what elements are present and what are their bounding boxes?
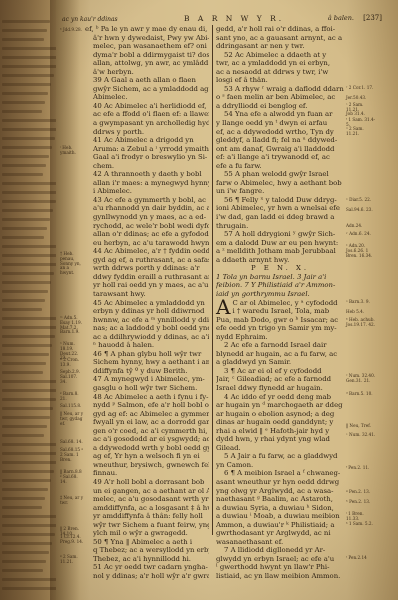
text-line: twr, ac a ymladdodd yn ei erbyn, bbox=[216, 59, 344, 68]
text-line: feibion. 7 Y Philistiaid a'r Ammon- bbox=[216, 281, 344, 290]
text-line: gasglu o holl wŷr twr Sichem. bbox=[85, 384, 209, 393]
text-line: ac efe a ffodd o'i flaen ef: a llawer bbox=[85, 110, 209, 119]
blurred-text-line bbox=[2, 263, 57, 266]
text-line: Aruma: a Zebul a ᶦ yrrodd ymaith bbox=[85, 145, 209, 154]
blurred-text-line bbox=[2, 83, 51, 86]
text-line: ˡ gwerthodd hwynt yn llaw'r Phi- bbox=[216, 563, 344, 572]
marginal-reference: Adn.24. bbox=[346, 224, 376, 229]
text-line: 55 A phan welodd gwŷr Israel bbox=[216, 170, 344, 179]
text-line: gyd ag ef: ac Abimelec a gymmerth bbox=[85, 410, 209, 419]
text-line: nydd ᵖ Salmon, efe a'r holl bobl oedd bbox=[85, 401, 209, 410]
text-line: 47 A mynegwyd i Abimelec, ym- bbox=[85, 375, 209, 384]
marginal-reference: ‖ Neu, Tref. bbox=[346, 424, 376, 429]
text-line: ⁿ hauodd â halen. bbox=[85, 341, 209, 350]
marginal-reference: Jer.50.43. bbox=[346, 96, 376, 101]
blurred-text-line bbox=[2, 38, 44, 41]
blurred-text-line bbox=[2, 533, 55, 536]
text-line: 52 Ac Abimelec a ddaeth at y bbox=[216, 51, 344, 60]
text-line: gwrthodasant yr Arglwydd, ac ni bbox=[216, 529, 344, 538]
blurred-text-line bbox=[2, 218, 50, 221]
text-line: 39 A Gaal a aeth allan o flaen bbox=[85, 76, 209, 85]
text-line: 42 A thrannoeth y daeth y bobl bbox=[85, 170, 209, 179]
text-line: a ᶻ melldith Jotham mab Jerubbaal bbox=[216, 247, 344, 256]
text-line: ef: a'i llange a'i trywanodd ef, ac bbox=[216, 153, 344, 162]
text-line: dinas ar hugain oedd ganddynt; y bbox=[216, 418, 344, 427]
marginal-reference: ‡ Neu, ar y twr. bbox=[60, 496, 84, 506]
text-line: â'r hwn y dywedaist, Pwy yw Abi- bbox=[85, 34, 209, 43]
text-line: 56 ¶ Felly ˣ y talodd Duw ddryg- bbox=[216, 196, 344, 205]
blurred-text-line bbox=[2, 164, 46, 167]
text-line: i'w dad, gan ladd ei ddeg brawd a bbox=[216, 213, 344, 222]
text-line: listiaid, ac yn llaw meibion Ammon. bbox=[216, 572, 344, 581]
text-line: ddwy fyddin eraill a ruthrasant ar bbox=[85, 273, 209, 282]
blurred-text-line bbox=[2, 227, 47, 230]
text-line: â'w herbyn. bbox=[85, 68, 209, 77]
text-line: un i'w fangre. bbox=[216, 187, 344, 196]
blurred-text-line bbox=[2, 272, 54, 275]
text-line: i † waredu Israel, Tola, mab bbox=[232, 307, 344, 316]
text-line: Israel ddwy flynedd ar hugain. bbox=[216, 384, 344, 393]
text-line: ddringasant ar nen y twr. bbox=[216, 42, 344, 51]
blurred-text-line bbox=[2, 281, 51, 284]
text-column-left: ef, ᵇ Pa le yn awr y mae dy enau di,â'r … bbox=[85, 25, 209, 581]
text-line: gwŷr Sichem, ac a ymladdodd ag bbox=[85, 85, 209, 94]
marginal-reference: † Heb. penau, Sonny yn, an a hwynt. bbox=[60, 252, 84, 276]
marginal-reference: Sal.68. 14. bbox=[60, 440, 84, 445]
marginal-reference: ᵖ Barn.8. 21. bbox=[60, 392, 84, 402]
text-line: q Thebez; ac a wersyllodd yn erbyn bbox=[85, 546, 209, 555]
text-line: asant wneuthur yr hyn oedd ddrwg bbox=[216, 478, 344, 487]
blurred-text-line bbox=[2, 110, 42, 113]
marginal-reference: ᶠ Pen.2. 11. bbox=[346, 466, 376, 471]
blurred-text-line bbox=[2, 29, 47, 32]
blurred-text-line bbox=[2, 407, 53, 410]
blurred-text-line bbox=[2, 416, 50, 419]
column-divider bbox=[212, 25, 213, 535]
text-line: glwydd yn erbyn Israel; ac efe a'u bbox=[216, 555, 344, 564]
text-line: thrugain. bbox=[216, 222, 344, 231]
text-line: Thebez, ac a'i hynnillodd hi. bbox=[85, 555, 209, 564]
blurred-text-line bbox=[2, 542, 52, 545]
text-line: ioni Abimelec, yr hwn a wnelsai efe bbox=[216, 204, 344, 213]
text-line: ef, ac a ddywedodd wrtho, Tyn dy bbox=[216, 128, 344, 137]
text-line: i Abimelec. bbox=[85, 187, 209, 196]
blurred-text-line bbox=[2, 362, 46, 365]
marginal-reference: ᵏ 1 Sam. 5.2. bbox=[346, 522, 376, 527]
text-line: a duwiau Syria, a duwiau ʰ Sidon, bbox=[216, 504, 344, 513]
blurred-text-line bbox=[2, 335, 55, 338]
text-line: allan, attolwg, yn awr, ac ymlâdd bbox=[85, 59, 209, 68]
marginal-reference: 1 Cr.12.4. Preg.9. 14. bbox=[60, 535, 84, 545]
text-line: gedd, a'r holl rai o'r ddinas, a ffoi- bbox=[216, 25, 344, 34]
text-line: hwnnw, ac efe a ᵐ ynnillodd y ddi- bbox=[85, 316, 209, 325]
text-line: Gaal a'i frodyr o breswylio yn Si- bbox=[85, 153, 209, 162]
text-line: 43 Ac efe a gymmerth y bobl, ac bbox=[85, 196, 209, 205]
marginal-reference: ᵍ 2 Sam. 11.21. bbox=[60, 555, 84, 565]
text-line: wneuthur, brysiwch, gwnewch fel bbox=[85, 461, 209, 470]
text-line: 54 Yna efe a alwodd yn fuan ar bbox=[216, 110, 344, 119]
text-line: a ddywedodd wrth y bobl oedd gyd bbox=[85, 444, 209, 453]
text-line: losgi ef â thân. bbox=[216, 76, 344, 85]
marginal-reference: Sepb.2.9. Sal.107. 34. bbox=[60, 370, 84, 384]
blurred-text-line bbox=[2, 425, 47, 428]
text-line: em a dalodd Duw ar eu pen hwynt: bbox=[216, 239, 344, 248]
text-line: Abimelec. bbox=[85, 93, 209, 102]
text-line: naethasant ᵍ Baalim, ac Astaroth, bbox=[216, 495, 344, 504]
blurred-text-line bbox=[2, 155, 49, 158]
blurred-text-line bbox=[2, 146, 52, 149]
blurred-text-line bbox=[2, 371, 43, 374]
text-line: 2 Ac efe a farnodd Israel dair bbox=[216, 341, 344, 350]
text-line: gleddyf, a lladd fi; fel na ᵘ ddywed- bbox=[216, 136, 344, 145]
text-line: dydd hwn, y rhai ydynt yng wlad bbox=[216, 435, 344, 444]
blurred-text-line bbox=[2, 299, 45, 302]
text-line: blynedd ar hugain, ac a fu farw, ac bbox=[216, 350, 344, 359]
marginal-reference: ᵐ Adn.5. Esay 1.19. Mat.7.2. Barn.1.9. bbox=[60, 316, 84, 335]
blurred-text-line bbox=[2, 173, 43, 176]
blurred-text-line bbox=[2, 551, 49, 554]
marginal-reference: ᵉ Num. 32.41. bbox=[346, 433, 376, 438]
text-line: yr holl rai oedd yn y maes, ac a'u bbox=[85, 281, 209, 290]
blurred-text-line bbox=[2, 236, 44, 239]
text-line: P E N. X. bbox=[216, 264, 344, 273]
text-line: a gladdwyd yn Samir. bbox=[216, 358, 344, 367]
text-line: eu herbyn, ac a'u tarawodd hwynt. bbox=[85, 239, 209, 248]
text-line: 4 Ac iddo ef yr oedd deng mab bbox=[216, 393, 344, 402]
text-line: gynllwynodd yn y maes, ac a ed- bbox=[85, 213, 209, 222]
text-line: a ddrylliodd ei benglog ef. bbox=[216, 102, 344, 111]
text-column-right: gedd, a'r holl rai o'r ddinas, a ffoi-sa… bbox=[216, 25, 344, 581]
text-line: 6 ¶ A meibion Israel a ᶠ chwaneg- bbox=[216, 469, 344, 478]
text-line: yr amddiffynfa â thân: felly holl bbox=[85, 512, 209, 521]
blurred-text-line bbox=[2, 479, 51, 482]
marginal-reference: ᵇ Heb. achub. Jos.19.17. 42. bbox=[346, 318, 376, 328]
text-line: efe oedd yn trigo yn Samir ym my- bbox=[216, 324, 344, 333]
book-title: B A R N W Y R. bbox=[184, 14, 284, 23]
text-line: nas; ac a laddodd y bobl oedd ynddi, bbox=[85, 324, 209, 333]
text-line: rychodd, ac wele'r bobl wedi dyfod bbox=[85, 222, 209, 231]
text-line: gyd ag ef, a ruthrasant, ac a safasant bbox=[85, 256, 209, 265]
text-line: allan o'r ddinas; ac efe a gyfododd yn bbox=[85, 230, 209, 239]
text-line: 1 Tola yn barnu Israel. 3 Jair a'i bbox=[216, 273, 344, 282]
text-line: Sichem hynny, hwy a aethant i amd- bbox=[85, 358, 209, 367]
text-line: 44 Ac Abimelec, a'r † fyddin oedd bbox=[85, 247, 209, 256]
text-line: 57 A holl ddrygioni ʸ gwŷr Sich- bbox=[216, 230, 344, 239]
marginal-reference: Sal.94.6. 23. bbox=[346, 208, 376, 213]
marginal-reference: Heb 5.4. bbox=[346, 310, 376, 315]
marginal-reference: º 2 Cron. 13.9. bbox=[60, 358, 84, 368]
text-line: fwyall yn ei law, ac a dorrodd gan- bbox=[85, 418, 209, 427]
text-line: farw o Abimelec, hwy a aethant bob bbox=[216, 179, 344, 188]
blurred-text-line bbox=[2, 290, 48, 293]
text-line: a'u rhannodd yn dair byddin, ac a bbox=[85, 204, 209, 213]
text-line: Pua, mab Dodo, gwr o ᵇ Issacar; ac bbox=[216, 316, 344, 325]
text-line: 46 ¶ A phan glybu holl wŷr twr bbox=[85, 350, 209, 359]
text-line: wasanaethasant ef. bbox=[216, 538, 344, 547]
blurred-text-line bbox=[2, 488, 48, 491]
marginal-reference: ‖ Barn.8.8 ᵖ Sal.68. 14. bbox=[60, 470, 84, 484]
blurred-text-line bbox=[2, 20, 50, 23]
marginal-reference: ʰ Pen.2. 13. bbox=[346, 500, 376, 505]
text-line: iaid yn gorthrymmu Israel. bbox=[216, 290, 344, 299]
text-line: ddrws y porth. bbox=[85, 128, 209, 137]
text-line: chem. bbox=[85, 162, 209, 171]
text-line: allan i'r maes: a mynegwyd hynny bbox=[85, 179, 209, 188]
marginal-reference: ᵘ 2 Sam. 11.21. bbox=[346, 127, 376, 137]
blurred-text-line bbox=[2, 65, 57, 68]
text-line: nydd Ephraim. bbox=[216, 333, 344, 342]
blurred-text-line bbox=[2, 569, 43, 572]
text-line: C ar ol Abimelec, y ᵃ cyfododd bbox=[232, 299, 344, 308]
text-line: a ddaeth arnynt hwy. bbox=[216, 256, 344, 265]
text-line: ac a nesaodd at ddrws y twr, i'w bbox=[216, 68, 344, 77]
blurred-text-line bbox=[2, 353, 49, 356]
drop-cap: A bbox=[216, 299, 230, 316]
text-line: wrth ddrws porth y ddinas: a'r bbox=[85, 264, 209, 273]
blurred-text-line bbox=[2, 101, 45, 104]
marginal-reference: Sal.115.8. bbox=[60, 404, 84, 409]
text-line: dyma'r bobl a ddirmygaist ti? dos bbox=[85, 51, 209, 60]
text-line: 7 A llidiodd digllonedd yr Ar- bbox=[216, 546, 344, 555]
marginal-reference: Sal.68.15 ᵍ 2 Sam. 1 Bren. bbox=[60, 448, 84, 462]
right-running-head: â balen. bbox=[328, 14, 354, 22]
chapter-opening: A C ar ol Abimelec, y ᵃ cyfododdi † ware… bbox=[216, 299, 344, 333]
text-line: Jair, ᶜ Gileadiad; ac efe a farnodd bbox=[216, 375, 344, 384]
text-line: 48 Ac Abimelec a aeth i fynu i fy- bbox=[85, 393, 209, 402]
blurred-text-line bbox=[2, 470, 54, 473]
text-line: ddiffynfa tŷ º y duw Berith. bbox=[85, 367, 209, 376]
blurred-text-line bbox=[2, 308, 42, 311]
blurred-text-line bbox=[2, 398, 56, 401]
text-line: gen o'r coed, ac a'i cymmerth hi, bbox=[85, 427, 209, 436]
text-line: sant yno, ac a gauasant arnynt, ac a bbox=[216, 34, 344, 43]
page-number: [237] bbox=[363, 14, 382, 22]
text-line: 50 ¶ Yna ‖ Abimelec a aeth i bbox=[85, 538, 209, 547]
blurred-text-line bbox=[2, 497, 45, 500]
text-line: yn Camon. bbox=[216, 461, 344, 470]
marginal-reference: ʸ Adn.6. 24. bbox=[346, 232, 376, 237]
text-line: wŷr twr Sichem a fuant feirw, ynghylch bbox=[85, 521, 209, 530]
text-line: melec, pan wasanaethem ef? oni bbox=[85, 42, 209, 51]
marginal-reference: ᶻ Adn.20. Jos.6.26. 1 Bren. 16.34. bbox=[346, 244, 376, 258]
marginal-reference: ᵃ Barn.3. 9. bbox=[346, 300, 376, 305]
text-line: 53 A rhyw ʳ wraig a daflodd ddarn bbox=[216, 85, 344, 94]
marginal-reference: ᶜ Num. 32.40. Gen.31. 21. bbox=[346, 374, 376, 384]
text-line: ac a ddilhrywiodd y ddinas, ac a'i bbox=[85, 333, 209, 342]
marginal-reference: ᵈ Barn.5. 10. bbox=[346, 392, 376, 397]
marginal-reference: ᵇ Jdd.9.28. bbox=[60, 28, 84, 33]
text-line: erbyn y ddinas yr holl ddiwrnod bbox=[85, 307, 209, 316]
blurred-text-line bbox=[2, 92, 48, 95]
left-running-head: ac yn kau'r ddinas bbox=[62, 16, 118, 23]
blurred-text-line bbox=[2, 560, 46, 563]
marginal-reference: ˣ Diar.5. 22. bbox=[346, 198, 376, 203]
text-line: rhai a elwid ‖ ᵉ Hafoth-jair hyd y bbox=[216, 427, 344, 436]
blurred-text-line bbox=[2, 461, 57, 464]
text-line: tarawsant hwy. bbox=[85, 290, 209, 299]
text-line: ag ef, Yr hyn a welsoch fi yn ei bbox=[85, 452, 209, 461]
text-line: 5 A Jair a fu farw, ac a gladdwyd bbox=[216, 452, 344, 461]
text-line: 49 A'r holl bobl a dorrasant bob bbox=[85, 478, 209, 487]
text-line: 45 Ac Abimelec a ymladdodd yn bbox=[85, 299, 209, 308]
text-line: 51 Ac yr oedd twr cadarn yngha- bbox=[85, 563, 209, 572]
marginal-reference: ᶦ Heb. ymaith. bbox=[60, 146, 84, 156]
blurred-text-line bbox=[2, 137, 55, 140]
text-line: ar hugain yn ᵈ marchogaeth ar ddeg bbox=[216, 401, 344, 410]
text-line: efe a fu farw. bbox=[216, 162, 344, 171]
text-line: ef, ᵇ Pa le yn awr y mae dy enau di, bbox=[85, 25, 209, 34]
blurred-text-line bbox=[2, 209, 53, 212]
text-line: 3 ¶ Ac ar ei ol ef y cyfododd bbox=[216, 367, 344, 376]
text-line: ylch mil o wŷr a gwragedd. bbox=[85, 529, 209, 538]
text-line: un ei gangen, ac a aethant ar ol Abi- bbox=[85, 487, 209, 496]
blurred-text-line bbox=[2, 344, 52, 347]
blurred-text-line bbox=[2, 434, 44, 437]
text-line: Ammon, a duwiau'r ᵏ Philistiaid; a bbox=[216, 521, 344, 530]
text-line: nol y ddinas; a'r holl wŷr a'r gwra- bbox=[85, 572, 209, 581]
blurred-text-line bbox=[2, 74, 54, 77]
marginal-reference: ‖ Neu, ar y twr, gydag ef. bbox=[60, 412, 84, 426]
blurred-text-line bbox=[2, 200, 56, 203]
text-line: 40 Ac Abimelec a'i herlidiodd ef, bbox=[85, 102, 209, 111]
text-line: melec, ac a'u gosodasant wrth yr bbox=[85, 495, 209, 504]
gutter-shadow bbox=[50, 0, 80, 600]
text-line: 41 Ac Abimelec a drigodd yn bbox=[85, 136, 209, 145]
text-line: ac a'i gosododd ar ei ysgwydd; ac bbox=[85, 435, 209, 444]
text-line: amddiffynfa, ac a losgasant ‡ â hwynt bbox=[85, 504, 209, 513]
text-line: Gilead. bbox=[216, 444, 344, 453]
text-line: ont am danaf, Gwraig a'i lladdodd bbox=[216, 145, 344, 154]
blurred-text-line bbox=[2, 506, 42, 509]
marginal-reference: ʳ 2 Cor.1. 17. bbox=[346, 86, 376, 91]
text-line: ar hugain o ebolion asynod; a deg bbox=[216, 410, 344, 419]
text-line: y llange oedd yn ᵗ dwyn ei arfau bbox=[216, 119, 344, 128]
marginal-reference: ᵍ Pen.2. 13. bbox=[346, 490, 376, 495]
text-line: yng olwg yr Arglwydd, ac a wasa- bbox=[216, 487, 344, 496]
text-line: a gwympasant yn archolledig hyd bbox=[85, 119, 209, 128]
text-line: o ˢ faen melin ar ben Abimelec, ac bbox=[216, 93, 344, 102]
text-line: finnau. bbox=[85, 469, 209, 478]
marginal-reference: ˡ Pen.2.14 bbox=[346, 556, 376, 561]
text-line: a duwiau ⁱ Moab, a duwiau meibion bbox=[216, 512, 344, 521]
